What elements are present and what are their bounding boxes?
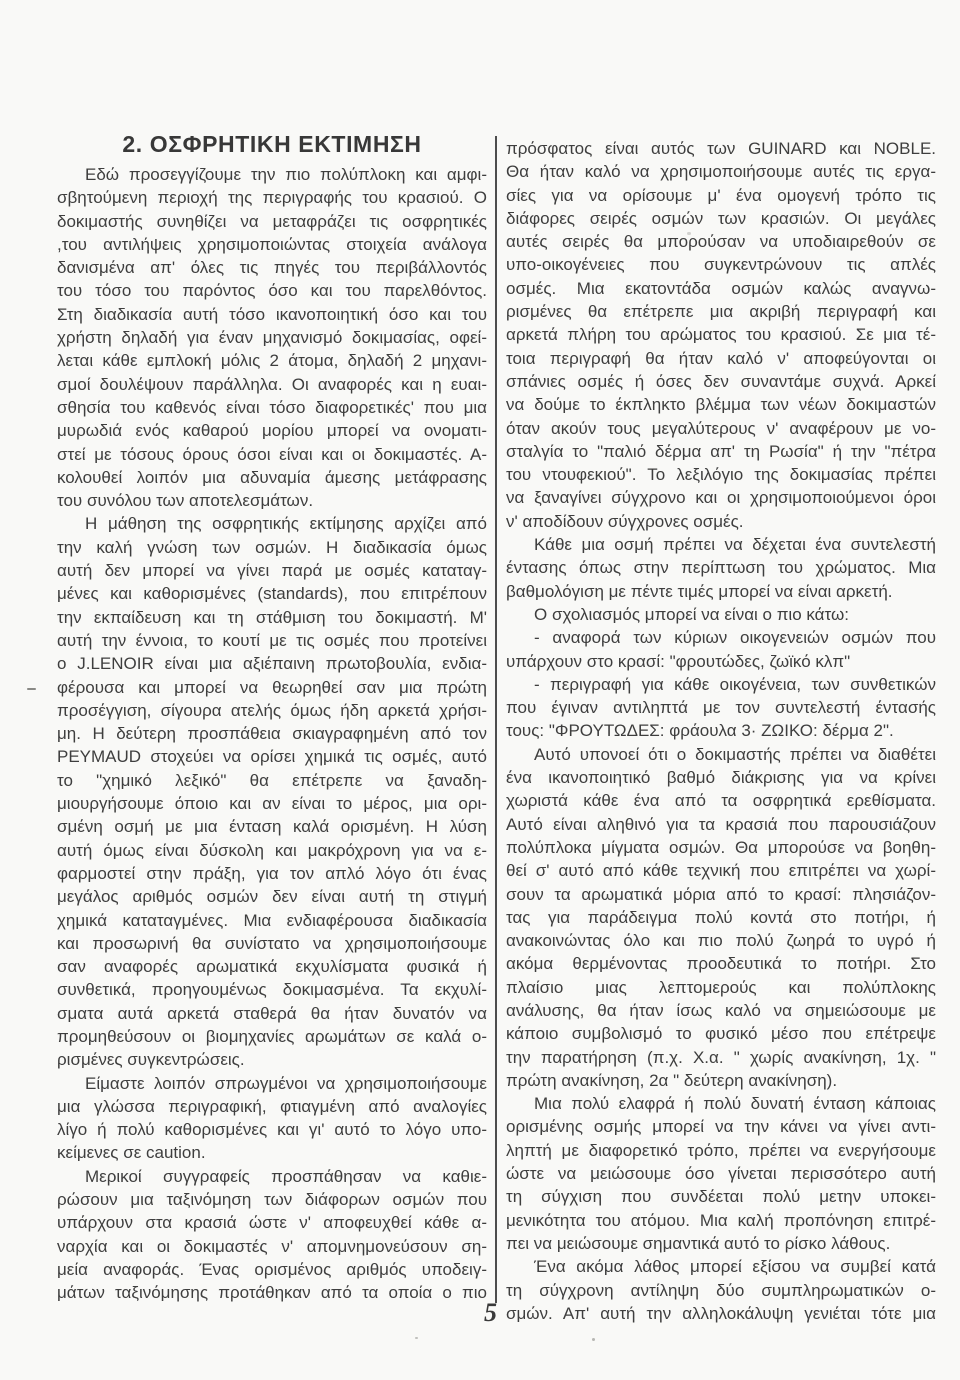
text-line: - περιγραφή για κάθε οικογένεια, των συν… xyxy=(506,673,936,696)
text-line: δανισμένα απ' όλες τις πηγές του περιβάλ… xyxy=(57,256,487,279)
text-line: τας για παράδειγμα πολύ κοντά στο ποτήρι… xyxy=(506,906,936,929)
text-line: ρισμένες θα επέτρεπε μια ακριβή περιγραφ… xyxy=(506,300,936,323)
scan-artifact xyxy=(27,688,36,690)
text-line: ληπτή με διαφορετικό τρόπο, πρέπει να εν… xyxy=(506,1139,936,1162)
text-line: υπάρχουν στο κρασί: "φρουτώδες, ζωϊκό κλ… xyxy=(506,650,936,673)
text-line: αρκετά πλήρη του αρώματος του κρασιού. Σ… xyxy=(506,323,936,346)
text-line: σίες για να ορίσουμε μ' ένα ομογενή τρόπ… xyxy=(506,184,936,207)
text-line: Ένα ακόμα λάθος μπορεί εξίσου να συμβεί … xyxy=(506,1255,936,1278)
text-line: μενικότητα του ατόμου. Μια καλή προπόνησ… xyxy=(506,1209,936,1232)
text-line: Αυτό υπονοεί ότι ο δοκιμαστής πρέπει να … xyxy=(506,743,936,766)
text-line: σμένη οσμή με μια ένταση καλά ορισμένη. … xyxy=(57,815,487,838)
text-line: σβητούμενη περιοχή της περιγραφής του κρ… xyxy=(57,186,487,209)
scan-artifact xyxy=(592,1338,595,1341)
text-line: του συνόλου των αποτελεσμάτων. xyxy=(57,489,487,512)
text-line: αυτή την έννοια, το κουτί με τις οσμές π… xyxy=(57,629,487,652)
text-line: προσέγγιση, σίγουρα ατελής όμως ήδη αρκε… xyxy=(57,699,487,722)
text-line: υπάρχουν στα κρασιά ώστε ν' αποφευχθεί κ… xyxy=(57,1211,487,1234)
text-line: μένες και καθορισμένες (standards), που … xyxy=(57,582,487,605)
text-line: πολύπλοκα μίγματα οσμών. Θα μπορούσε να … xyxy=(506,836,936,859)
text-line: μιουργήσουμε όποιο και αν είναι το μέρος… xyxy=(57,792,487,815)
text-line: τη σύγχιση που συνδέεται πολύ μετην υποκ… xyxy=(506,1185,936,1208)
text-line: ορισμένης οσμής μπορεί να την κάνει να γ… xyxy=(506,1115,936,1138)
text-line: αυτή όμως είναι δύσκολη και μακρόχρονη γ… xyxy=(57,839,487,862)
column-divider-rule xyxy=(495,136,497,1303)
text-line: ώστε να μειώσουμε όσο γίνεται περισσότερ… xyxy=(506,1162,936,1185)
text-line: βαθμολόγιση με πέντε τιμές μπορεί να είν… xyxy=(506,580,936,603)
text-line: δοκιμαστής συνηθίζει να μεταφράζει τις ο… xyxy=(57,210,487,233)
text-line: προμηθεύσουν οι βιομηχανίες αρωμάτων σε … xyxy=(57,1025,487,1048)
text-line: να δούμε το έκπληκτο βλέμμα των νέων δοκ… xyxy=(506,393,936,416)
text-line: λίγο ή πολύ καθορισμένες και γι' αυτό το… xyxy=(57,1118,487,1141)
text-line: μεία αναφοράς. Ένας ορισμένος αριθμός υπ… xyxy=(57,1258,487,1281)
text-line: αυτές σειρές θα μπορούσαν να υποδιαιρεθο… xyxy=(506,230,936,253)
text-line: μεγάλος αριθμός οσμών δεν είναι αυτή τη … xyxy=(57,885,487,908)
scan-artifact xyxy=(687,232,691,235)
text-line: ,του αντιλήψεις χρησιμοποιώντας στοιχεία… xyxy=(57,233,487,256)
text-line: ακόμα θερμένοντας προοδευτικά το ποτήρι.… xyxy=(506,952,936,975)
text-line: ν' αποδίδουν σύγχρονες οσμές. xyxy=(506,510,936,533)
text-line: διάφορες σειρές οσμών των κρασιών. Οι με… xyxy=(506,207,936,230)
text-line: όταν ακούν τους μεγαλύτερους ν' αναφέρου… xyxy=(506,417,936,440)
text-line: σμών. Απ' αυτή την αλληλοκάλυψη γενιέται… xyxy=(506,1302,936,1325)
text-line: πει να μειώσουμε σημαντικά αυτό το ρίσκο… xyxy=(506,1232,936,1255)
text-line: κάποιο συμβολισμό το φυσικό μέσο που επέ… xyxy=(506,1022,936,1045)
text-line: σθησία του καθενός είναι τόσο διαφορετικ… xyxy=(57,396,487,419)
text-line: να ξαναγίνει σύγχρονο και οι χρησιμοποιο… xyxy=(506,486,936,509)
text-line: σταλγία το "παλιό δέρμα απ' τη Ρωσία" ή … xyxy=(506,440,936,463)
text-line: Κάθε μια οσμή πρέπει να δέχεται ένα συντ… xyxy=(506,533,936,556)
text-line: χημικά καταταγμένες. Μια ενδιαφέρουσα δι… xyxy=(57,909,487,932)
text-line: την εκπαίδευση και τη στάθμιση του δοκιμ… xyxy=(57,606,487,629)
text-line: μάτων ταξινόμησης προτάθηκαν από τα οποί… xyxy=(57,1281,487,1304)
text-line: που έγιναν αντιληπτά με τον συντελεστή έ… xyxy=(506,696,936,719)
text-line: Μια πολύ ελαφρά ή πολύ δυνατή ένταση κάπ… xyxy=(506,1092,936,1115)
right-column-text: πρόσφατος είναι αυτός των GUINARD και NO… xyxy=(506,137,936,1325)
text-line: PEYMAUD στοχεύει να ορίσει χημικά τις οσ… xyxy=(57,745,487,768)
left-column-text: Εδώ προσεγγίζουμε την πιο πολύπλοκη και … xyxy=(57,163,487,1305)
text-line: φέρουσα και μπορεί να θεωρηθεί σαν μια π… xyxy=(57,676,487,699)
text-line: και προσωρινή θα συνίστατο να χρησιμοποι… xyxy=(57,932,487,955)
document-page: 2. ΟΣΦΡΗΤΙΚΗ ΕΚΤΙΜΗΣΗ Εδώ προσεγγίζουμε … xyxy=(0,0,960,1380)
section-heading: 2. ΟΣΦΡΗΤΙΚΗ ΕΚΤΙΜΗΣΗ xyxy=(57,131,487,163)
text-line: χρήστη δηλαδή για έναν μηχανισμό δοκιμασ… xyxy=(57,326,487,349)
text-line: σαν αναφορές αρωματικά εκχυλίσματα φυσικ… xyxy=(57,955,487,978)
text-line: πρώτη ανακίνηση, 2α " δεύτερη ανακίνηση)… xyxy=(506,1069,936,1092)
text-line: Στη διαδικασία αυτή τόσο ικανοποιητική ό… xyxy=(57,303,487,326)
text-line: Είμαστε λοιπόν σπρωγμένοι να χρησιμοποιή… xyxy=(57,1072,487,1095)
text-line: σματα αυτά αρκετά σταθερά θα ήταν δυνατό… xyxy=(57,1002,487,1025)
text-line: πρόσφατος είναι αυτός των GUINARD και NO… xyxy=(506,137,936,160)
text-line: υπο-οικογένειες που συγκεντρώνουν τις απ… xyxy=(506,253,936,276)
text-line: κείμενες σε caution. xyxy=(57,1141,487,1164)
text-line: του ντουφεκιού". Το λεξιλόγιο της δοκιμα… xyxy=(506,463,936,486)
text-line: την παρατήρηση (π.χ. Χ.α. " χωρίς ανακίν… xyxy=(506,1046,936,1069)
text-line: Αυτό είναι αληθινό για τα κρασιά που παρ… xyxy=(506,813,936,836)
text-line: σουν τα αρωματικά μόρια από το κρασί: πλ… xyxy=(506,883,936,906)
text-line: - αναφορά των κύριων οικογενειών οσμών π… xyxy=(506,626,936,649)
text-line: θεί σ' αυτό από κάθε τεχνική που επιτρέπ… xyxy=(506,859,936,882)
text-line: Θα ήταν καλό να χρησιμοποιήσουμε αυτές τ… xyxy=(506,160,936,183)
text-line: χωριστά κάθε ένα από τα οσφρητικά ερεθίσ… xyxy=(506,789,936,812)
text-line: συνθετικά, προηγουμένως δοκιμασμένα. Τα … xyxy=(57,978,487,1001)
text-line: οσμές. Μια εκατοντάδα οσμών καλώς αναγνω… xyxy=(506,277,936,300)
text-line: ο J.LENOIR είναι μια αξιέπαινη πρωτοβουλ… xyxy=(57,652,487,675)
text-line: Εδώ προσεγγίζουμε την πιο πολύπλοκη και … xyxy=(57,163,487,186)
text-line: ρώσουν μια ταξινόμηση των διάφορων οσμών… xyxy=(57,1188,487,1211)
right-column: πρόσφατος είναι αυτός των GUINARD και NO… xyxy=(506,137,936,1325)
text-line: το "χημικό λεξικό" θα επέτρεπε να ξαναδη… xyxy=(57,769,487,792)
scan-artifact xyxy=(415,1337,418,1339)
text-line: μυρωδιά ενός καθαρού μορίου μπορεί να ον… xyxy=(57,419,487,442)
text-line: ένα ικανοποιητικό βαθμό διάκρισης για να… xyxy=(506,766,936,789)
text-line: έντασης όπως στην περίπτωση του χρώματος… xyxy=(506,556,936,579)
text-line: την καλή γνώση των οσμών. Η διαδικασία ό… xyxy=(57,536,487,559)
text-line: ανάλυσης, θα ήταν ίσως καλό να σημειώσου… xyxy=(506,999,936,1022)
text-line: σμοί δουλέψουν παράλληλα. Οι αναφορές κα… xyxy=(57,373,487,396)
text-line: τοια περιγραφή θα ήταν καλό ν' αποφεύγον… xyxy=(506,347,936,370)
text-line: Μερικοί συγγραφείς προσπάθησαν να καθιε- xyxy=(57,1165,487,1188)
text-line: τους: "ΦΡΟΥΤΩΔΕΣ: φράουλα 3· ΖΩΙΚΟ: δέρμ… xyxy=(506,719,936,742)
text-line: ανακοινώντας όλο και πιο πολύ ζωηρά το υ… xyxy=(506,929,936,952)
text-line: Ο σχολιασμός μπορεί να είναι ο πιο κάτω: xyxy=(506,603,936,626)
text-line: τη σύγχρονη αντίληψη δύο συμπληρωματικών… xyxy=(506,1279,936,1302)
text-line: πλαίσιο μιας λεπτομερούς και πολύπλοκης xyxy=(506,976,936,999)
text-line: αυτή δεν μπορεί να γίνει παρά με οσμές κ… xyxy=(57,559,487,582)
left-column: 2. ΟΣΦΡΗΤΙΚΗ ΕΚΤΙΜΗΣΗ Εδώ προσεγγίζουμε … xyxy=(57,131,487,1305)
text-line: ναρχία και οι δοκιμαστές ν' απομνημονεύσ… xyxy=(57,1235,487,1258)
page-number: 5 xyxy=(484,1298,497,1328)
text-line: λεται κάθε εμπλοκή μόλις 2 άτομα, δηλαδή… xyxy=(57,349,487,372)
text-line: Η μάθηση της οσφρητικής εκτίμησης αρχίζε… xyxy=(57,512,487,535)
text-line: φαρμοστεί στην πράξη, για τον απλό λόγο … xyxy=(57,862,487,885)
text-line: σπάνιες οσμές ή όσες δεν συναντάμε συχνά… xyxy=(506,370,936,393)
text-line: κολουθεί λοιπόν μια αδυναμία άμεσης μετά… xyxy=(57,466,487,489)
text-line: στεί με τόσους όρους όσοι είναι και οι δ… xyxy=(57,443,487,466)
text-line: του τόσο του παρόντος όσο και του παρελθ… xyxy=(57,279,487,302)
text-line: ρισμένες συγκεντρώσεις. xyxy=(57,1048,487,1071)
text-line: μη. Η δεύτερη προσπάθεια σκιαγραφημένη α… xyxy=(57,722,487,745)
text-line: μια γλώσσα περιγραφική, φτιαγμένη από αν… xyxy=(57,1095,487,1118)
